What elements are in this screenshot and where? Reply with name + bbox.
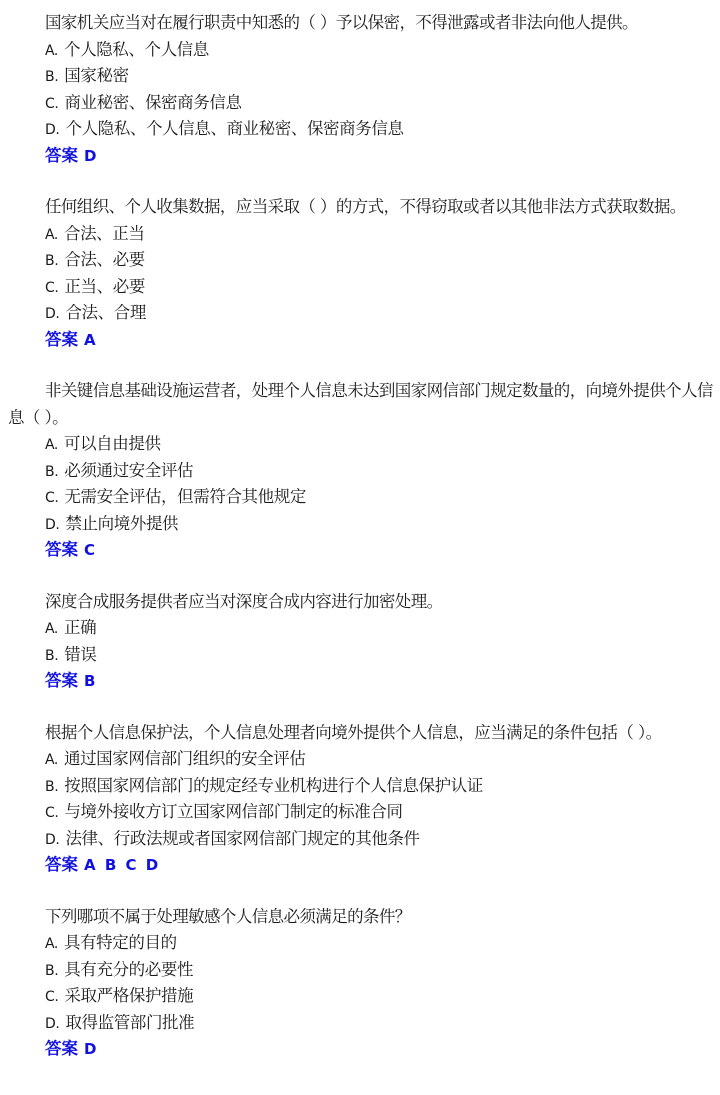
answer-value: D — [84, 1040, 98, 1058]
option-a: A.合法、正当 — [45, 221, 714, 248]
option-letter: D. — [45, 122, 59, 138]
option-list: A.个人隐私、个人信息 B.国家秘密 C.商业秘密、保密商务信息 D.个人隐私、… — [8, 37, 714, 143]
question-text: 非关键信息基础设施运营者，处理个人信息未达到国家网信部门规定数量的，向境外提供个… — [8, 378, 714, 431]
option-letter: D. — [45, 832, 59, 848]
option-text: 与境外接收方订立国家网信部门制定的标准合同 — [64, 802, 402, 821]
question-5: 根据个人信息保护法，个人信息处理者向境外提供个人信息，应当满足的条件包括（ ）。… — [8, 720, 714, 879]
answer-label: 答案 — [45, 855, 78, 874]
question-text: 根据个人信息保护法，个人信息处理者向境外提供个人信息，应当满足的条件包括（ ）。 — [8, 720, 714, 747]
option-text: 无需安全评估，但需符合其他规定 — [64, 487, 306, 506]
answer-value: A — [84, 331, 98, 349]
answer-line: 答案A — [8, 327, 714, 354]
option-text: 必须通过安全评估 — [64, 461, 193, 480]
question-4: 深度合成服务提供者应当对深度合成内容进行加密处理。 A.正确 B.错误 答案B — [8, 589, 714, 695]
option-letter: A. — [45, 752, 58, 768]
question-3: 非关键信息基础设施运营者，处理个人信息未达到国家网信部门规定数量的，向境外提供个… — [8, 378, 714, 564]
question-2: 任何组织、个人收集数据，应当采取（ ）的方式，不得窃取或者以其他非法方式获取数据… — [8, 194, 714, 353]
option-text: 正当、必要 — [64, 277, 145, 296]
option-text: 可以自由提供 — [64, 434, 161, 453]
option-c: C.采取严格保护措施 — [45, 983, 714, 1010]
option-letter: B. — [45, 69, 58, 85]
option-letter: A. — [45, 437, 58, 453]
question-1: 国家机关应当对在履行职责中知悉的（ ）予以保密，不得泄露或者非法向他人提供。 A… — [8, 10, 714, 169]
option-a: A.通过国家网信部门组织的安全评估 — [45, 746, 714, 773]
question-text: 国家机关应当对在履行职责中知悉的（ ）予以保密，不得泄露或者非法向他人提供。 — [8, 10, 714, 37]
answer-label: 答案 — [45, 540, 78, 559]
question-text: 深度合成服务提供者应当对深度合成内容进行加密处理。 — [8, 589, 714, 616]
answer-label: 答案 — [45, 330, 78, 349]
option-letter: C. — [45, 805, 58, 821]
quiz-document: 国家机关应当对在履行职责中知悉的（ ）予以保密，不得泄露或者非法向他人提供。 A… — [0, 0, 720, 1063]
option-letter: B. — [45, 648, 58, 664]
option-list: A.正确 B.错误 — [8, 615, 714, 668]
option-letter: C. — [45, 96, 58, 112]
option-letter: A. — [45, 43, 58, 59]
option-d: D.禁止向境外提供 — [45, 511, 714, 538]
option-text: 取得监管部门批准 — [65, 1013, 194, 1032]
option-text: 具有充分的必要性 — [64, 960, 193, 979]
option-d: D.合法、合理 — [45, 300, 714, 327]
option-a: A.个人隐私、个人信息 — [45, 37, 714, 64]
option-letter: B. — [45, 464, 58, 480]
option-letter: A. — [45, 621, 58, 637]
option-text: 采取严格保护措施 — [64, 986, 193, 1005]
option-text: 商业秘密、保密商务信息 — [64, 93, 241, 112]
option-letter: D. — [45, 517, 59, 533]
answer-value: B — [84, 672, 97, 690]
option-a: A.可以自由提供 — [45, 431, 714, 458]
option-c: C.正当、必要 — [45, 274, 714, 301]
answer-line: 答案D — [8, 143, 714, 170]
option-text: 合法、合理 — [65, 303, 146, 322]
option-a: A.正确 — [45, 615, 714, 642]
question-6: 下列哪项不属于处理敏感个人信息必须满足的条件？ A.具有特定的目的 B.具有充分… — [8, 904, 714, 1063]
option-d: D.法律、行政法规或者国家网信部门规定的其他条件 — [45, 826, 714, 853]
option-list: A.可以自由提供 B.必须通过安全评估 C.无需安全评估，但需符合其他规定 D.… — [8, 431, 714, 537]
option-b: B.合法、必要 — [45, 247, 714, 274]
answer-line: 答案D — [8, 1036, 714, 1063]
option-b: B.必须通过安全评估 — [45, 458, 714, 485]
answer-value: A B C D — [84, 856, 160, 874]
option-letter: C. — [45, 490, 58, 506]
answer-label: 答案 — [45, 671, 78, 690]
option-letter: C. — [45, 280, 58, 296]
option-text: 合法、正当 — [64, 224, 145, 243]
option-text: 法律、行政法规或者国家网信部门规定的其他条件 — [65, 829, 419, 848]
option-text: 正确 — [64, 618, 96, 637]
option-b: B.具有充分的必要性 — [45, 957, 714, 984]
answer-line: 答案A B C D — [8, 852, 714, 879]
option-letter: D. — [45, 306, 59, 322]
option-letter: B. — [45, 963, 58, 979]
answer-value: C — [84, 541, 97, 559]
answer-label: 答案 — [45, 1039, 78, 1058]
question-text: 任何组织、个人收集数据，应当采取（ ）的方式，不得窃取或者以其他非法方式获取数据… — [8, 194, 714, 221]
option-text: 具有特定的目的 — [64, 933, 177, 952]
option-a: A.具有特定的目的 — [45, 930, 714, 957]
answer-value: D — [84, 147, 98, 165]
option-text: 错误 — [64, 645, 96, 664]
option-text: 按照国家网信部门的规定经专业机构进行个人信息保护认证 — [64, 776, 483, 795]
option-letter: A. — [45, 936, 58, 952]
option-list: A.通过国家网信部门组织的安全评估 B.按照国家网信部门的规定经专业机构进行个人… — [8, 746, 714, 852]
option-c: C.与境外接收方订立国家网信部门制定的标准合同 — [45, 799, 714, 826]
option-letter: A. — [45, 227, 58, 243]
option-letter: B. — [45, 779, 58, 795]
question-text: 下列哪项不属于处理敏感个人信息必须满足的条件？ — [8, 904, 714, 931]
answer-line: 答案B — [8, 668, 714, 695]
option-letter: C. — [45, 989, 58, 1005]
option-c: C.商业秘密、保密商务信息 — [45, 90, 714, 117]
answer-line: 答案C — [8, 537, 714, 564]
option-b: B.国家秘密 — [45, 63, 714, 90]
option-c: C.无需安全评估，但需符合其他规定 — [45, 484, 714, 511]
option-letter: B. — [45, 253, 58, 269]
option-text: 合法、必要 — [64, 250, 145, 269]
option-text: 个人隐私、个人信息、商业秘密、保密商务信息 — [65, 119, 403, 138]
option-b: B.按照国家网信部门的规定经专业机构进行个人信息保护认证 — [45, 773, 714, 800]
option-letter: D. — [45, 1016, 59, 1032]
option-text: 通过国家网信部门组织的安全评估 — [64, 749, 306, 768]
option-b: B.错误 — [45, 642, 714, 669]
option-list: A.具有特定的目的 B.具有充分的必要性 C.采取严格保护措施 D.取得监管部门… — [8, 930, 714, 1036]
option-d: D.个人隐私、个人信息、商业秘密、保密商务信息 — [45, 116, 714, 143]
option-d: D.取得监管部门批准 — [45, 1010, 714, 1037]
option-list: A.合法、正当 B.合法、必要 C.正当、必要 D.合法、合理 — [8, 221, 714, 327]
option-text: 个人隐私、个人信息 — [64, 40, 209, 59]
option-text: 禁止向境外提供 — [65, 514, 178, 533]
answer-label: 答案 — [45, 146, 78, 165]
option-text: 国家秘密 — [64, 66, 128, 85]
